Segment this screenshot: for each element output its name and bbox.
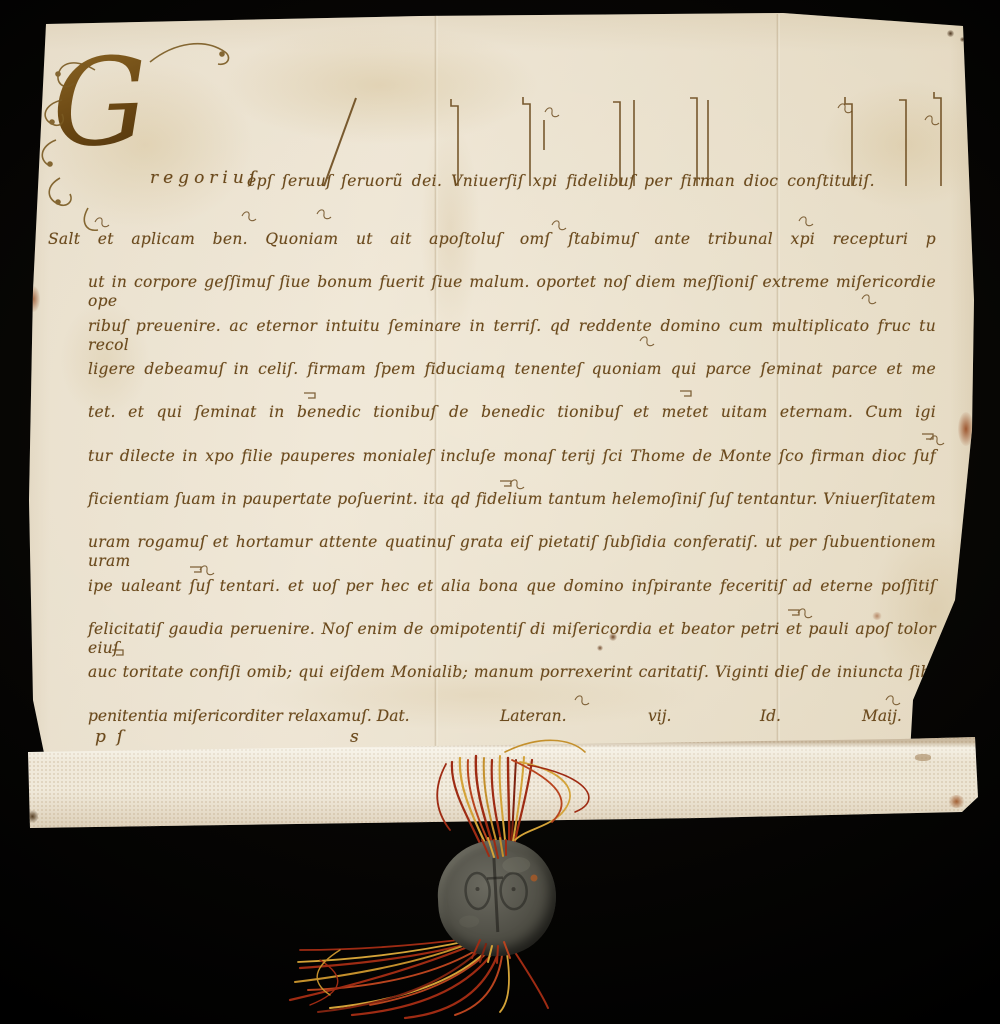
manuscript-line: ribuſ preuenire. ac eternor intuitu ſemi… bbox=[88, 317, 936, 354]
stain bbox=[872, 612, 882, 620]
first-line-rest: epſ ſeruuſ ſeruorũ dei. Vniuerſiſ xpi fi… bbox=[247, 172, 875, 191]
plica-partial-line: p ſ s bbox=[95, 729, 359, 746]
manuscript-line: ficientiam ſuam in paupertate poſuerint.… bbox=[88, 490, 936, 509]
stain bbox=[220, 25, 540, 145]
stain bbox=[27, 286, 40, 312]
photo-stage: G regoriuſ epſ ſeruuſ ſeruorũ dei. Vniue… bbox=[0, 0, 1000, 1024]
hole bbox=[947, 30, 954, 37]
manuscript-line: Salt et aplicam ben. Quoniam ut ait apoſ… bbox=[48, 230, 936, 249]
first-line-word: regoriuſ bbox=[150, 168, 260, 188]
stain bbox=[948, 795, 965, 808]
dateline: penitentia miſericorditer relaxamuſ. Dat… bbox=[88, 707, 936, 729]
seal-relief bbox=[435, 837, 559, 959]
initial-letter: G bbox=[50, 42, 150, 165]
dateline-day: vij. bbox=[648, 707, 671, 726]
stain bbox=[36, 66, 43, 75]
rust-fleck bbox=[530, 874, 537, 881]
dateline-datum: penitentia miſericorditer relaxamuſ. Dat… bbox=[88, 707, 410, 726]
manuscript-line: ligere debeamuſ in celiſ. firmam ſpem fi… bbox=[88, 360, 936, 379]
dateline-ides: Id. bbox=[760, 707, 781, 726]
stain bbox=[27, 810, 38, 823]
manuscript-line: felicitatiſ gaudia peruenire. Noſ enim d… bbox=[88, 620, 936, 657]
manuscript-line: ut in corpore geſſimuſ ſiue bonum fuerit… bbox=[88, 273, 936, 310]
lead-seal bbox=[435, 837, 559, 959]
hole bbox=[960, 37, 965, 42]
manuscript-line: uram rogamuſ et hortamur attente quatinu… bbox=[88, 533, 936, 570]
manuscript-line: ipe ualeant ſuſ tentari. et uoſ per hec … bbox=[88, 577, 936, 596]
manuscript-line: tet. et qui ſeminat in benedic tionibuſ … bbox=[88, 403, 936, 422]
dateline-place: Lateran. bbox=[500, 707, 567, 726]
dateline-month: Maij. bbox=[862, 707, 902, 726]
stain bbox=[958, 412, 974, 446]
stain bbox=[915, 754, 931, 761]
manuscript-line: tur dilecte in xpo filie pauperes monial… bbox=[88, 447, 936, 466]
manuscript-line: auc toritate confiſi omib; qui eiſdem Mo… bbox=[88, 663, 936, 682]
